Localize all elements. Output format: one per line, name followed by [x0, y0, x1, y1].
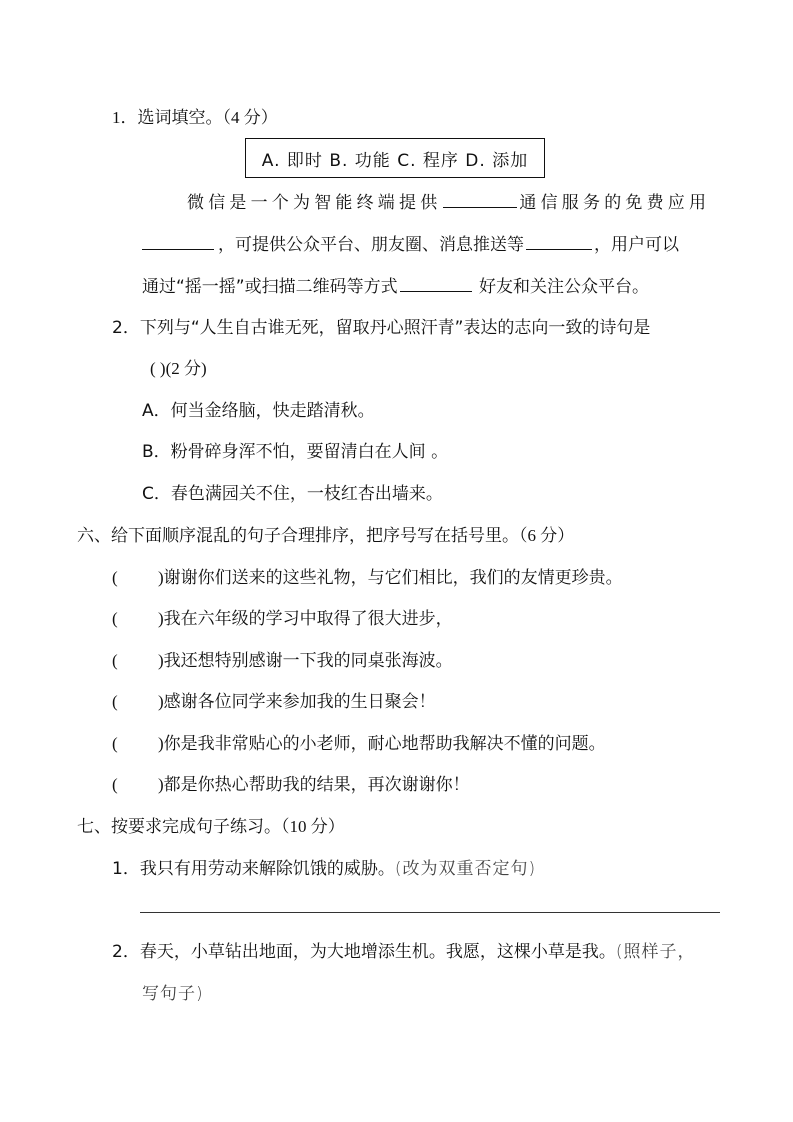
fill-blank-4[interactable] — [400, 275, 472, 292]
passage-text: 通过“摇一摇”或扫描二维码等方式 — [142, 277, 398, 297]
order-answer-paren[interactable]: ( — [112, 774, 158, 796]
q2-option-b: B．粉骨碎身浑不怕，要留清白在人间 。 — [142, 441, 448, 463]
q2-stem: 2．下列与“人生自古谁无死，留取丹心照汗青”表达的志向一致的诗句是 — [112, 317, 650, 339]
s7-q2-hint-cont: 写句子) — [142, 983, 204, 1005]
s7-q1-hint: (改为双重否定句) — [395, 859, 536, 879]
s7-q2: 2．春天，小草钻出地面，为大地增添生机。我愿，这棵小草是我。(照样子， — [112, 941, 695, 963]
s7-q2-hint: (照样子， — [616, 942, 696, 962]
ordering-item: ()谢谢你们送来的这些礼物，与它们相比，我们的友情更珍贵。 — [112, 567, 623, 589]
order-answer-paren[interactable]: ( — [112, 608, 158, 630]
q2-option-a: A．何当金络脑，快走踏清秋。 — [142, 400, 375, 422]
q1-number: 1． — [112, 108, 138, 127]
q1-passage-line-3: 通过“摇一摇”或扫描二维码等方式 好友和关注公众平台。 — [142, 275, 649, 298]
passage-text: ，用户可以 — [594, 235, 679, 255]
answer-line[interactable] — [140, 912, 720, 913]
ordering-item: ()你是我非常贴心的小老师，耐心地帮助我解决不懂的问题。 — [112, 733, 606, 755]
ordering-item: ()都是你热心帮助我的结果，再次谢谢你！ — [112, 774, 470, 796]
ordering-item: ()感谢各位同学来参加我的生日聚会！ — [112, 691, 436, 713]
ordering-sentence: 都是你热心帮助我的结果，再次谢谢你！ — [164, 775, 470, 795]
fill-blank-3[interactable] — [526, 233, 592, 250]
order-answer-paren[interactable]: ( — [112, 733, 158, 755]
q1-score: （4 分） — [223, 108, 278, 127]
q1-passage-line-2: ，可提供公众平台、朋友圈、消息推送等，用户可以 — [142, 233, 679, 256]
section-7-title: 七、按要求完成句子练习。 — [77, 817, 281, 837]
q1-passage-line-1: 微信是一个为智能终端提供通信服务的免费应用 — [187, 191, 710, 214]
fill-blank-2[interactable] — [142, 233, 214, 250]
section-6-score: （6 分） — [519, 526, 574, 545]
section-7-score: （10 分） — [281, 817, 345, 836]
ordering-item: ()我还想特别感谢一下我的同桌张海波。 — [112, 650, 453, 672]
q2-answer-paren[interactable]: ( )(2 分) — [150, 358, 207, 380]
q1-title: 选词填空。 — [138, 108, 223, 128]
section-6-title: 六、给下面顺序混乱的句子合理排序，把序号写在括号里。 — [77, 526, 519, 546]
passage-text: 通信服务的免费应用 — [519, 193, 710, 213]
order-answer-paren[interactable]: ( — [112, 691, 158, 713]
s7-q2-text: 2．春天，小草钻出地面，为大地增添生机。我愿，这棵小草是我。 — [112, 942, 616, 962]
section-6-heading: 六、给下面顺序混乱的句子合理排序，把序号写在括号里。（6 分） — [77, 525, 574, 547]
section-7-heading: 七、按要求完成句子练习。（10 分） — [77, 816, 345, 838]
q2-option-c: C．春色满园关不住，一枝红杏出墙来。 — [142, 483, 443, 505]
q1-heading: 1．选词填空。（4 分） — [112, 107, 278, 129]
word-options-box: A. 即时 B. 功能 C. 程序 D. 添加 — [245, 138, 545, 178]
passage-text: ，可提供公众平台、朋友圈、消息推送等 — [218, 235, 524, 255]
ordering-sentence: 感谢各位同学来参加我的生日聚会！ — [164, 692, 436, 712]
s7-q1-text: 1．我只有用劳动来解除饥饿的威胁。 — [112, 859, 395, 879]
ordering-item: ()我在六年级的学习中取得了很大进步， — [112, 608, 453, 630]
ordering-sentence: 你是我非常贴心的小老师，耐心地帮助我解决不懂的问题。 — [164, 734, 606, 754]
passage-text: 好友和关注公众平台。 — [474, 277, 649, 297]
order-answer-paren[interactable]: ( — [112, 567, 158, 589]
word-options: A. 即时 B. 功能 C. 程序 D. 添加 — [262, 146, 528, 171]
order-answer-paren[interactable]: ( — [112, 650, 158, 672]
fill-blank-1[interactable] — [443, 191, 517, 208]
s7-q1: 1．我只有用劳动来解除饥饿的威胁。(改为双重否定句) — [112, 858, 536, 880]
ordering-sentence: 谢谢你们送来的这些礼物，与它们相比，我们的友情更珍贵。 — [164, 568, 623, 588]
ordering-sentence: 我在六年级的学习中取得了很大进步， — [164, 609, 453, 629]
passage-text: 微信是一个为智能终端提供 — [187, 193, 441, 213]
ordering-sentence: 我还想特别感谢一下我的同桌张海波。 — [164, 651, 453, 671]
